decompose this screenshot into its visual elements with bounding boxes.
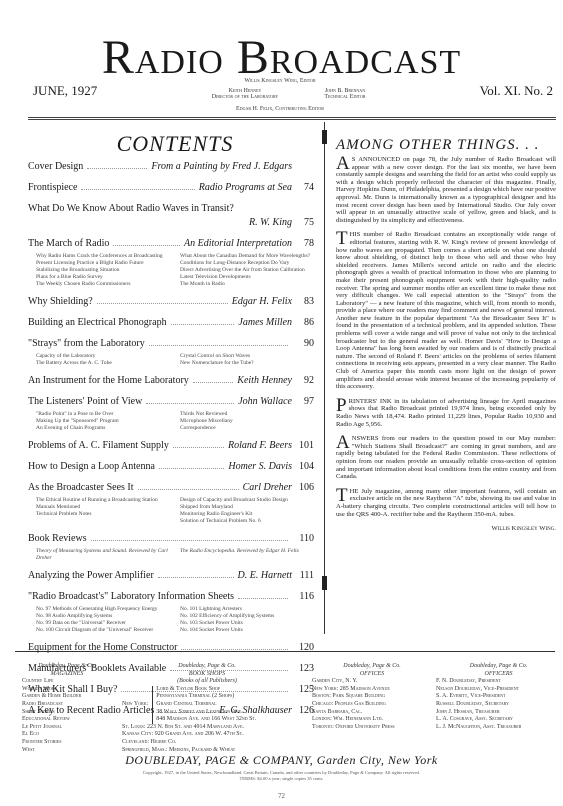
column-heading: MAGAZINES — [22, 671, 112, 679]
toc-author: R. W. King — [249, 216, 292, 230]
toc-leader — [113, 237, 180, 246]
subtopics-left: No. 97 Methods of Generating High Freque… — [36, 606, 170, 634]
among-heading: AMONG OTHER THINGS. . . — [336, 137, 539, 154]
footer-rule — [15, 651, 555, 652]
toc-page: 111 — [292, 569, 314, 583]
toc-leader — [238, 590, 288, 599]
volume-number: Vol. XI. No. 2 — [480, 83, 553, 99]
footer-item: S. A. Everitt, Vice-President — [436, 693, 561, 701]
footer-item: L. A. Cosgrave, Asst. Secretary — [436, 716, 561, 724]
toc-page: 120 — [292, 641, 314, 655]
editorial-paragraph: PRINTERS' INK in its tabulation of adver… — [336, 398, 556, 428]
toc-title: As the Broadcaster Sees It — [28, 481, 134, 495]
editor-credit: Willis Kingsley Wing, Editor — [180, 78, 380, 84]
subtopic: Direct Advertising Over the Air from Sta… — [180, 267, 314, 274]
footer-item: Le Petit Journal — [22, 724, 112, 732]
toc-page: 104 — [292, 460, 314, 474]
drop-cap: P — [336, 398, 347, 413]
toc-page: 78 — [292, 237, 314, 251]
subtopics-left: "Radio Point" in a Pose to Be OverMaking… — [36, 411, 170, 432]
subtopic: An Evening of Chain Programs — [36, 425, 170, 432]
subtopic: Thirds Not Reviewed — [180, 411, 314, 418]
footer-item: Radio Broadcast — [22, 701, 112, 709]
toc-title: Building an Electrical Phonograph — [28, 316, 167, 330]
subtopic: No. 102 Efficiency of Amplifying Systems — [180, 613, 314, 620]
toc-entry[interactable]: Building an Electrical PhonographJames M… — [28, 316, 314, 330]
toc-author: John Wallace — [238, 395, 292, 409]
toc-author: An Editorial Interpretation — [184, 237, 292, 251]
toc-entry[interactable]: "Radio Broadcast's" Laboratory Informati… — [28, 590, 314, 604]
toc-page: 74 — [292, 181, 314, 195]
offices-list: Doubleday, Page & Co.OFFICESGarden City,… — [312, 663, 432, 731]
footer-item: Toronto: Oxford University Press — [312, 724, 432, 732]
toc-entry[interactable]: Analyzing the Power AmplifierD. E. Harne… — [28, 569, 314, 583]
column-heading: OFFICES — [312, 671, 432, 679]
toc-entry[interactable]: Why Shielding?Edgar H. Felix83 — [28, 295, 314, 309]
contents-heading: CONTENTS — [30, 131, 320, 157]
subtopic: Conditions for Long-Distance Reception D… — [180, 260, 314, 267]
subtopics-right: Design of Capacity and Broadcast Studio … — [180, 497, 314, 525]
toc-leader — [91, 532, 288, 541]
subtopics-right: What About the Canadian Demand for More … — [180, 253, 314, 288]
copyright-notice: Copyright, 1927, in the United States, N… — [0, 770, 563, 782]
subtopic: Microphone Miscellany — [180, 418, 314, 425]
footer-item: Santa Barbara, Cal. — [312, 709, 432, 717]
toc-leader — [149, 337, 288, 346]
subtopic: Making Up the "Sponsored" Program — [36, 418, 170, 425]
toc-author: From a Painting by Fred J. Edgars — [151, 160, 292, 174]
subtopic: Latest Television Developments — [180, 274, 314, 281]
subtopic: No. 97 Methods of Generating High Freque… — [36, 606, 170, 613]
toc-entry[interactable]: Equipment for the Home Constructor120 — [28, 641, 314, 655]
company-name: Doubleday, Page & Co. — [312, 663, 432, 671]
footer-item: Cleveland: Higbee Co. — [122, 739, 292, 747]
toc-entry[interactable]: FrontispieceRadio Programs at Sea74 — [28, 181, 314, 195]
footer-item: F. N. Doubleday, President — [436, 678, 561, 686]
subtopic: No. 98 Audio Amplifying Systems — [36, 613, 170, 620]
footer-item: El Eco — [22, 731, 112, 739]
toc-page: 97 — [292, 395, 314, 409]
toc-subtopics: The Ethical Routine of Running a Broadca… — [28, 497, 314, 525]
footer-item: 848 Madison Ave. and 166 West 32nd St. — [156, 716, 256, 724]
subtopic: Monitoring Radio Engineer's Kit — [180, 511, 314, 518]
subtopic: No. 101 Lightning Arresters — [180, 606, 314, 613]
toc-leader — [158, 569, 234, 578]
drop-cap: T — [336, 231, 348, 246]
subtopic: No. 103 Socket Power Units — [180, 620, 314, 627]
toc-title: Equipment for the Home Constructor — [28, 641, 177, 655]
header-rule — [28, 117, 556, 120]
subtopic: Capacity of the Laboratory — [36, 353, 170, 360]
subtopic: "Radio Point" in a Pose to Be Over — [36, 411, 170, 418]
subtopic: Design of Capacity and Broadcast Studio … — [180, 497, 314, 504]
ornament-bottom — [322, 576, 327, 590]
subtopic: Correspondence — [180, 425, 314, 432]
toc-author: Keith Henney — [237, 374, 292, 388]
ornament-top — [322, 130, 327, 144]
staff-lab-director: Keith Henney Director of the Laboratory — [190, 88, 300, 100]
footer-item: Pennsylvania Terminal (2 Shops) — [156, 693, 256, 701]
toc-leader — [81, 181, 194, 190]
editorial-paragraph: AS ANNOUNCED on page 78, the July number… — [336, 156, 556, 224]
toc-byline: R. W. King75 — [28, 216, 314, 230]
magazines-list: Doubleday, Page & Co.MAGAZINESCountry Li… — [22, 663, 112, 754]
column-subheading: (Books of all Publishers) — [122, 678, 292, 686]
staff-role: Technical Editor — [300, 94, 390, 100]
footer-item: Grand Central Terminal — [156, 701, 256, 709]
editorial-paragraph: THE July magazine, among many other impo… — [336, 488, 556, 518]
masthead-title: Radio Broadcast — [0, 34, 563, 82]
toc-author: James Millen — [238, 316, 292, 330]
staff-technical-editor: John B. Brennan Technical Editor — [300, 88, 390, 100]
footer-item: Boston: Park Square Building — [312, 693, 432, 701]
toc-title: Problems of A. C. Filament Supply — [28, 439, 169, 453]
toc-leader — [173, 439, 224, 448]
subtopic: Solution of Technical Problem No. 6 — [180, 518, 314, 525]
toc-entry[interactable]: "Strays" from the Laboratory90 — [28, 337, 314, 351]
toc-entry[interactable]: What Do We Know About Radio Waves in Tra… — [28, 202, 314, 230]
company-name: Doubleday, Page & Co. — [22, 663, 112, 671]
toc-title: Analyzing the Power Amplifier — [28, 569, 154, 583]
subtopic: The Battery Across the A. C. Tube — [36, 360, 170, 367]
subtopics-right: Crystal Control on Short WavesNew Nomenc… — [180, 353, 314, 367]
staff-role: Director of the Laboratory — [190, 94, 300, 100]
subtopics-left: Capacity of the LaboratoryThe Battery Ac… — [36, 353, 170, 367]
toc-author: Carl Dreher — [243, 481, 292, 495]
toc-page: 116 — [292, 590, 314, 604]
subtopic: The Radio Encyclopedia. Reviewed by Edga… — [180, 548, 314, 555]
footer-item: Short Stories — [22, 709, 112, 717]
footer-item: Nelson Doubleday, Vice-President — [436, 686, 561, 694]
company-name: Doubleday, Page & Co. — [436, 663, 561, 671]
toc-leader — [87, 160, 147, 169]
toc-subtopics: No. 97 Methods of Generating High Freque… — [28, 606, 314, 634]
subtopics-right: Thirds Not ReviewedMicrophone Miscellany… — [180, 411, 314, 432]
drop-cap: A — [336, 435, 350, 450]
subtopics-left: Why Radio Hams Crack the Conferences at … — [36, 253, 170, 288]
drop-cap: T — [336, 488, 348, 503]
toc-entry[interactable]: The Listeners' Point of ViewJohn Wallace… — [28, 395, 314, 409]
toc-title: Book Reviews — [28, 532, 87, 546]
toc-title: What Do We Know About Radio Waves in Tra… — [28, 202, 314, 216]
toc-page: 110 — [292, 532, 314, 546]
toc-author: Edgar H. Felix — [232, 295, 292, 309]
footer-item: 38 Wall Street and Lexington Ave. — [156, 709, 256, 717]
toc-title: The March of Radio — [28, 237, 109, 251]
subtopics-right: No. 101 Lightning ArrestersNo. 102 Effic… — [180, 606, 314, 634]
editorial-paragraph: THIS number of Radio Broadcast contains … — [336, 231, 556, 390]
toc-title: Frontispiece — [28, 181, 77, 195]
toc-leader — [159, 460, 224, 469]
toc-page: 106 — [292, 481, 314, 495]
toc-title: Cover Design — [28, 160, 83, 174]
toc-page: 75 — [292, 216, 314, 230]
toc-page: 83 — [292, 295, 314, 309]
toc-leader — [193, 374, 234, 383]
toc-leader — [146, 395, 234, 404]
subtopic: Manuals Mentioned — [36, 504, 170, 511]
column-divider — [324, 122, 325, 634]
toc-subtopics: Why Radio Hams Crack the Conferences at … — [28, 253, 314, 288]
subtopic: No. 99 Data on the "Universal" Receiver — [36, 620, 170, 627]
subtopics-right: The Radio Encyclopedia. Reviewed by Edga… — [180, 548, 314, 562]
editor-signature: Willis Kingsley Wing. — [336, 525, 556, 533]
toc-title: How to Design a Loop Antenna — [28, 460, 155, 474]
footer-item: Frontier Stories — [22, 739, 112, 747]
toc-leader — [181, 641, 288, 650]
company-name: Doubleday, Page & Co. — [122, 663, 292, 671]
toc-author: Homer S. Davis — [228, 460, 292, 474]
toc-page: 126 — [292, 704, 314, 718]
subtopic: No. 100 Circuit Diagram of the "Universa… — [36, 627, 170, 634]
ny-shop-list: Lord & Taylor Book ShopPennsylvania Term… — [152, 686, 256, 724]
footer-item: John J. Hessian, Treasurer — [436, 709, 561, 717]
footer-item: World's Work — [22, 686, 112, 694]
toc-page: 86 — [292, 316, 314, 330]
subtopic: Theory of Measuring Systems and Sound. R… — [36, 548, 170, 562]
footer-item: Garden & Home Builder — [22, 693, 112, 701]
footer-item: Chicago: Peoples Gas Building — [312, 701, 432, 709]
toc-subtopics: Theory of Measuring Systems and Sound. R… — [28, 548, 314, 562]
toc-entry[interactable]: As the Broadcaster Sees ItCarl Dreher106 — [28, 481, 314, 495]
footer-item: London: Wm. Heinemann Ltd. — [312, 716, 432, 724]
subtopics-left: Theory of Measuring Systems and Sound. R… — [36, 548, 170, 562]
toc-page: 125 — [292, 683, 314, 697]
table-of-contents: Cover DesignFrom a Painting by Fred J. E… — [28, 160, 314, 725]
footer-item: Country Life — [22, 678, 112, 686]
subtopic: Technical Problem Notes — [36, 511, 170, 518]
toc-title: An Instrument for the Home Laboratory — [28, 374, 189, 388]
subtopics-left: The Ethical Routine of Running a Broadca… — [36, 497, 170, 525]
subtopic: Present Licensing Practice a Blight Radi… — [36, 260, 170, 267]
page-number: 72 — [0, 792, 563, 800]
toc-page: 92 — [292, 374, 314, 388]
ny-label: New York: — [122, 701, 148, 709]
subtopic: The Ethical Routine of Running a Broadca… — [36, 497, 170, 504]
toc-entry[interactable]: Problems of A. C. Filament SupplyRoland … — [28, 439, 314, 453]
toc-leader — [97, 295, 228, 304]
bookshops-list: Doubleday, Page & Co.BOOK SHOPS(Books of… — [122, 663, 292, 754]
subtopic: No. 104 Socket Power Units — [180, 627, 314, 634]
editorial-paragraph: ANSWERS from our readers to the question… — [336, 435, 556, 481]
toc-entry[interactable]: Cover DesignFrom a Painting by Fred J. E… — [28, 160, 314, 174]
toc-page: 101 — [292, 439, 314, 453]
toc-entry[interactable]: How to Design a Loop AntennaHomer S. Dav… — [28, 460, 314, 474]
toc-page: 90 — [292, 337, 314, 351]
publisher-line: DOUBLEDAY, PAGE & COMPANY, Garden City, … — [0, 753, 563, 768]
toc-title: "Radio Broadcast's" Laboratory Informati… — [28, 590, 234, 604]
toc-title: "Strays" from the Laboratory — [28, 337, 145, 351]
subtopic: Plans for a Blue Radio Survey — [36, 274, 170, 281]
among-other-things-column: AS ANNOUNCED on page 78, the July number… — [336, 156, 556, 533]
footer-item: St. Louis: 223 N. 8th St. and 4914 Maryl… — [122, 724, 292, 732]
toc-entry[interactable]: The March of RadioAn Editorial Interpret… — [28, 237, 314, 251]
subtopic: Crystal Control on Short Waves — [180, 353, 314, 360]
subtopic: Shipped from Maryland — [180, 504, 314, 511]
toc-subtopics: "Radio Point" in a Pose to Be OverMaking… — [28, 411, 314, 432]
column-heading: OFFICERS — [436, 671, 561, 679]
toc-author: Roland F. Beers — [228, 439, 292, 453]
subtopic: What About the Canadian Demand for More … — [180, 253, 314, 260]
footer-item: Educational Review — [22, 716, 112, 724]
toc-author: Radio Programs at Sea — [199, 181, 292, 195]
issue-date: JUNE, 1927 — [33, 83, 97, 99]
officers-list: Doubleday, Page & Co.OFFICERSF. N. Doubl… — [436, 663, 561, 731]
subtopic: Stabilizing the Broadcasting Situation — [36, 267, 170, 274]
subtopic: New Nomenclature for the Tube? — [180, 360, 314, 367]
toc-title: Why Shielding? — [28, 295, 93, 309]
footer-item: Kansas City: 920 Grand Ave. and 206 W. 4… — [122, 731, 292, 739]
toc-title: The Listeners' Point of View — [28, 395, 142, 409]
toc-page: 123 — [292, 662, 314, 676]
footer-item: New York: 285 Madison Avenue — [312, 686, 432, 694]
subtopic: The Weekly Chosen Radio Commissioners — [36, 281, 170, 288]
toc-subtopics: Capacity of the LaboratoryThe Battery Ac… — [28, 353, 314, 367]
toc-entry[interactable]: Book Reviews110 — [28, 532, 314, 546]
drop-cap: A — [336, 156, 350, 171]
new-york-shops: New York:Lord & Taylor Book ShopPennsylv… — [122, 686, 292, 724]
footer-item: Russell Doubleday, Secretary — [436, 701, 561, 709]
toc-author: D. E. Harnett — [238, 569, 292, 583]
subtopic: The Month in Radio — [180, 281, 314, 288]
subtopic: Why Radio Hams Crack the Conferences at … — [36, 253, 170, 260]
footer-item: L. J. McNaughton, Asst. Treasurer — [436, 724, 561, 732]
footer-item: Garden City, N. Y. — [312, 678, 432, 686]
terms-text: TERMS: $4.00 a year; single copies 35 ce… — [0, 776, 563, 782]
contributing-editor: Edgar H. Felix, Contributing Editor — [180, 106, 380, 112]
toc-leader — [138, 481, 239, 490]
toc-leader — [171, 316, 235, 325]
toc-entry[interactable]: An Instrument for the Home LaboratoryKei… — [28, 374, 314, 388]
